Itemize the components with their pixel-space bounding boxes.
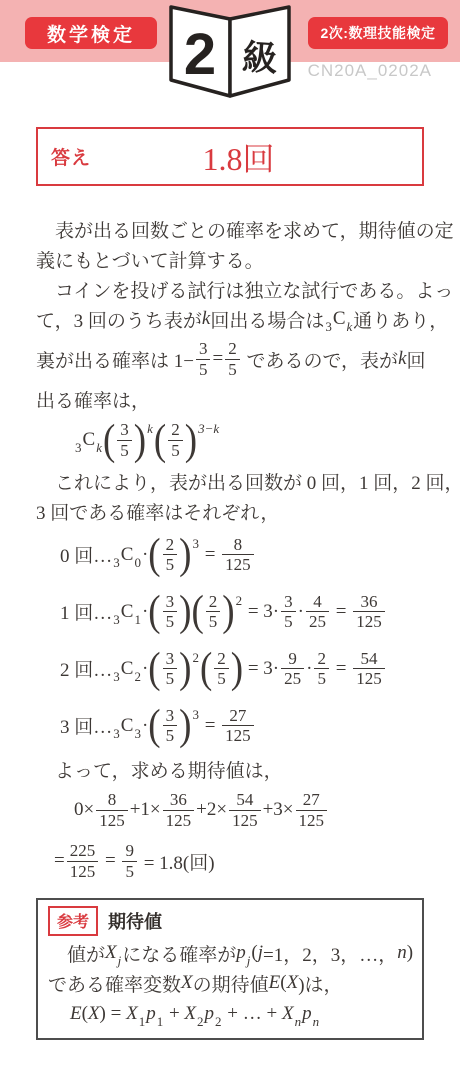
math-text: 0× (74, 799, 94, 821)
math-text: = 3· (243, 601, 279, 623)
math-subscript: 2 (134, 669, 141, 685)
reference-box: 参考 期待値 値がXjになる確率がpj(j=1，2，3，…，n)である確率変数X… (36, 898, 424, 1040)
math-text: C (121, 544, 134, 566)
math-fraction: 36125 (163, 790, 195, 829)
fraction-numerator: 54 (357, 649, 380, 668)
text-line: 義にもとづいて計算する。 (36, 244, 460, 274)
fraction-numerator: 27 (300, 790, 323, 809)
reference-title: 期待値 (108, 908, 162, 934)
text-line: である確率変数Xの期待値E(X)は， (48, 968, 412, 998)
math-text: である確率変数 (48, 970, 181, 997)
math-fraction: 35 (117, 420, 132, 459)
math-text: 回 (407, 346, 426, 373)
math-superscript: 3 (192, 536, 199, 552)
math-paren: ) (134, 418, 146, 462)
math-subscript: 3 (113, 612, 120, 628)
fraction-denominator: 125 (353, 668, 385, 688)
math-paren: ( (148, 647, 160, 691)
fraction-denominator: 5 (163, 668, 178, 688)
text-line: コインを投げる試行は独立な試行である。よっ (36, 274, 460, 304)
math-line: 3 回…3C3·(35)3 = 27125 (36, 697, 460, 754)
math-text: C (121, 601, 134, 623)
fraction-numerator: 4 (310, 592, 325, 611)
fraction-numerator: 3 (163, 649, 178, 668)
math-line: 0 回…3C0·(25)3 = 8125 (36, 526, 460, 583)
math-text: 1 回… (60, 598, 112, 625)
math-text: 値が (48, 940, 105, 967)
math-text: +1× (130, 799, 161, 821)
math-paren: ( (148, 590, 160, 634)
math-text: よって，求める期待値は， (36, 756, 283, 783)
fraction-numerator: 3 (281, 592, 296, 611)
math-fraction: 25 (214, 649, 229, 688)
math-subscript: 3 (113, 555, 120, 571)
math-fraction: 8125 (222, 535, 254, 574)
math-text: · (298, 601, 304, 623)
fraction-denominator: 5 (196, 359, 211, 379)
fraction-numerator: 36 (357, 592, 380, 611)
math-subscript: k (347, 319, 353, 335)
answer-label: 答え (51, 143, 91, 170)
math-paren: ) (185, 418, 197, 462)
math-text: = (331, 601, 351, 623)
math-text: 回出る場合は (210, 306, 324, 333)
math-variable: p (205, 1003, 215, 1025)
math-subscript: j (118, 953, 122, 969)
math-text: = (100, 850, 120, 872)
math-fraction: 35 (196, 339, 211, 378)
math-fraction: 35 (281, 592, 296, 631)
math-variable: X (184, 1003, 196, 1025)
fraction-denominator: 25 (281, 668, 304, 688)
math-paren: ( (154, 418, 166, 462)
fraction-denominator: 5 (281, 611, 296, 631)
header: 数学検定 2次:数理技能検定 2 級 CN20A_0202A (0, 0, 460, 100)
math-text: = (331, 658, 351, 680)
math-fraction: 36125 (353, 592, 385, 631)
math-paren: ) (179, 533, 191, 577)
math-variable: p (302, 1003, 312, 1025)
fraction-denominator: 125 (96, 810, 128, 830)
fraction-numerator: 3 (117, 420, 132, 439)
math-fraction: 925 (281, 649, 304, 688)
level-suffix: 級 (241, 38, 279, 79)
fraction-numerator: 3 (163, 706, 178, 725)
text-line: て，3 回のうち表がk回出る場合は3Ck通りあり， (36, 304, 460, 334)
text-line: 3 回である確率はそれぞれ， (36, 496, 460, 526)
math-subscript: 0 (134, 555, 141, 571)
fraction-numerator: 2 (163, 535, 178, 554)
math-paren: ( (103, 418, 115, 462)
math-variable: E (269, 972, 281, 994)
math-subscript: 2 (197, 1014, 204, 1030)
math-paren: ) (222, 590, 234, 634)
math-text: て，3 回のうち表が (36, 306, 202, 333)
fraction-denominator: 5 (122, 861, 137, 881)
math-fraction: 425 (306, 592, 329, 631)
math-text: 0 回… (60, 541, 112, 568)
fraction-numerator: 2 (206, 592, 221, 611)
fraction-numerator: 225 (67, 841, 99, 860)
math-subscript: 1 (157, 1014, 164, 1030)
text-line: これにより，表が出る回数が 0 回，1 回，2 回， (36, 466, 460, 496)
fraction-numerator: 8 (105, 790, 120, 809)
math-line: =225125 = 95 = 1.8(回) (36, 836, 460, 886)
math-text: の期待値 (193, 970, 269, 997)
math-variable: X (181, 972, 193, 994)
math-superscript: 3 (192, 707, 199, 723)
math-text: =1，2，3，…， (263, 940, 397, 967)
math-text: = (200, 544, 220, 566)
math-paren: ( (191, 590, 203, 634)
fraction-numerator: 2 (225, 339, 240, 358)
math-paren: ) (179, 704, 191, 748)
math-variable: k (202, 308, 210, 330)
fraction-denominator: 5 (225, 359, 240, 379)
math-text: = (212, 348, 223, 370)
math-text: = 3· (243, 658, 279, 680)
fraction-denominator: 125 (222, 725, 254, 745)
math-fraction: 25 (225, 339, 240, 378)
fraction-denominator: 125 (353, 611, 385, 631)
text-line: 出る確率は， (36, 384, 460, 414)
math-fraction: 8125 (96, 790, 128, 829)
math-subscript: 1 (139, 1014, 146, 1030)
reference-header: 参考 期待値 (48, 906, 412, 936)
math-fraction: 25 (163, 535, 178, 574)
math-subscript: 3 (113, 726, 120, 742)
math-fraction: 54125 (229, 790, 261, 829)
math-text: であるので，表が (242, 346, 398, 373)
math-variable: p (146, 1003, 156, 1025)
math-variable: X (88, 1003, 100, 1025)
math-text: +3× (263, 799, 294, 821)
math-fraction: 35 (163, 706, 178, 745)
math-text: = (200, 715, 220, 737)
math-paren: ( (148, 704, 160, 748)
math-subscript: j (247, 953, 251, 969)
math-text: ) = (100, 1003, 127, 1025)
level-number: 2 (184, 22, 216, 87)
text-line: 値がXjになる確率がpj(j=1，2，3，…，n) (48, 938, 412, 968)
math-paren: ) (231, 647, 243, 691)
fraction-numerator: 8 (231, 535, 246, 554)
math-fraction: 54125 (353, 649, 385, 688)
math-line: E(X) = X1p1 + X2p2 + … + Xnpn (48, 998, 412, 1030)
math-fraction: 27125 (296, 790, 328, 829)
fraction-denominator: 125 (67, 861, 99, 881)
math-line: 3Ck(35)k(25)3−k (36, 414, 460, 466)
document-code: CN20A_0202A (308, 61, 432, 81)
math-subscript: 2 (215, 1014, 222, 1030)
math-subscript: 3 (134, 726, 141, 742)
math-paren: ) (179, 590, 191, 634)
math-superscript: 3−k (198, 421, 219, 437)
math-text: コインを投げる試行は独立な試行である。よっ (36, 276, 453, 303)
math-fraction: 35 (163, 649, 178, 688)
math-variable: n (397, 942, 407, 964)
fraction-numerator: 9 (122, 841, 137, 860)
exam-stage-badge: 2次:数理技能検定 (308, 17, 448, 49)
math-text: + (164, 1003, 184, 1025)
math-fraction: 225125 (67, 841, 99, 880)
math-variable: X (126, 1003, 138, 1025)
fraction-denominator: 125 (222, 554, 254, 574)
text-line: よって，求める期待値は， (36, 754, 460, 784)
math-variable: k (398, 348, 406, 370)
math-line: 1 回…3C1·(35)(25)2 = 3·35·425 = 36125 (36, 583, 460, 640)
fraction-denominator: 25 (306, 611, 329, 631)
answer-box: 答え 1.8回 (36, 127, 424, 186)
math-subscript: k (96, 440, 102, 456)
math-text: + … + (223, 1003, 282, 1025)
math-text: ) (407, 942, 413, 964)
math-paren: ) (179, 647, 191, 691)
fraction-numerator: 2 (314, 649, 329, 668)
fraction-numerator: 54 (233, 790, 256, 809)
math-fraction: 25 (206, 592, 221, 631)
math-fraction: 35 (163, 592, 178, 631)
fraction-denominator: 5 (206, 611, 221, 631)
math-text: · (306, 658, 312, 680)
math-variable: X (287, 972, 299, 994)
math-superscript: 2 (236, 593, 243, 609)
fraction-numerator: 2 (214, 649, 229, 668)
math-fraction: 25 (314, 649, 329, 688)
fraction-numerator: 2 (168, 420, 183, 439)
fraction-numerator: 27 (226, 706, 249, 725)
math-fraction: 25 (168, 420, 183, 459)
math-fraction: 27125 (222, 706, 254, 745)
fraction-denominator: 5 (163, 611, 178, 631)
fraction-denominator: 125 (296, 810, 328, 830)
fraction-numerator: 36 (167, 790, 190, 809)
text-line: 表が出る回数ごとの確率を求めて，期待値の定 (36, 214, 460, 244)
math-subscript: n (295, 1014, 302, 1030)
math-subscript: 1 (134, 612, 141, 628)
math-text: 裏が出る確率は 1− (36, 346, 194, 373)
open-book-level-logo: 2 級 (163, 3, 297, 100)
reference-label: 参考 (48, 906, 98, 936)
math-text: C (83, 429, 96, 451)
math-text: = 1.8(回) (139, 848, 215, 875)
answer-value: 1.8回 (91, 134, 386, 180)
math-text: 2 回… (60, 655, 112, 682)
math-text: 3 回… (60, 712, 112, 739)
fraction-numerator: 3 (163, 592, 178, 611)
math-text: )は， (298, 970, 342, 997)
math-text: これにより，表が出る回数が 0 回，1 回，2 回， (36, 468, 460, 495)
math-superscript: 2 (192, 650, 199, 666)
math-text: 義にもとづいて計算する。 (36, 246, 264, 273)
math-text: 出る確率は， (36, 386, 150, 413)
math-text: になる確率が (122, 940, 236, 967)
math-line: 0×8125+1×36125+2×54125+3×27125 (36, 784, 460, 836)
math-subscript: n (313, 1014, 320, 1030)
math-text: = (54, 850, 65, 872)
fraction-numerator: 3 (196, 339, 211, 358)
fraction-denominator: 5 (163, 725, 178, 745)
exam-name-badge: 数学検定 (25, 17, 157, 49)
math-variable: X (105, 942, 117, 964)
math-variable: X (282, 1003, 294, 1025)
fraction-denominator: 125 (163, 810, 195, 830)
fraction-denominator: 5 (117, 440, 132, 460)
math-text: +2× (196, 799, 227, 821)
math-superscript: k (147, 421, 153, 437)
fraction-denominator: 5 (168, 440, 183, 460)
math-text: C (333, 308, 346, 330)
fraction-denominator: 125 (229, 810, 261, 830)
math-line: 2 回…3C2·(35)2(25) = 3·925·25 = 54125 (36, 640, 460, 697)
math-paren: ( (200, 647, 212, 691)
fraction-numerator: 9 (285, 649, 300, 668)
fraction-denominator: 5 (214, 668, 229, 688)
math-text: C (121, 715, 134, 737)
math-text: 表が出る回数ごとの確率を求めて，期待値の定 (36, 216, 454, 243)
math-variable: p (236, 942, 246, 964)
math-subscript: 3 (325, 319, 332, 335)
math-text: C (121, 658, 134, 680)
math-text: 通りあり， (353, 306, 448, 333)
math-fraction: 95 (122, 841, 137, 880)
text-line: 裏が出る確率は 1−35=25 であるので，表がk回 (36, 334, 460, 384)
fraction-denominator: 5 (314, 668, 329, 688)
math-text: 3 回である確率はそれぞれ， (36, 498, 279, 525)
math-subscript: 3 (113, 669, 120, 685)
solution-body: 表が出る回数ごとの確率を求めて，期待値の定義にもとづいて計算する。 コインを投げ… (0, 186, 460, 886)
math-paren: ( (148, 533, 160, 577)
fraction-denominator: 5 (163, 554, 178, 574)
math-subscript: 3 (75, 440, 82, 456)
math-variable: E (70, 1003, 82, 1025)
reference-lines: 値がXjになる確率がpj(j=1，2，3，…，n)である確率変数Xの期待値E(X… (48, 938, 412, 1030)
